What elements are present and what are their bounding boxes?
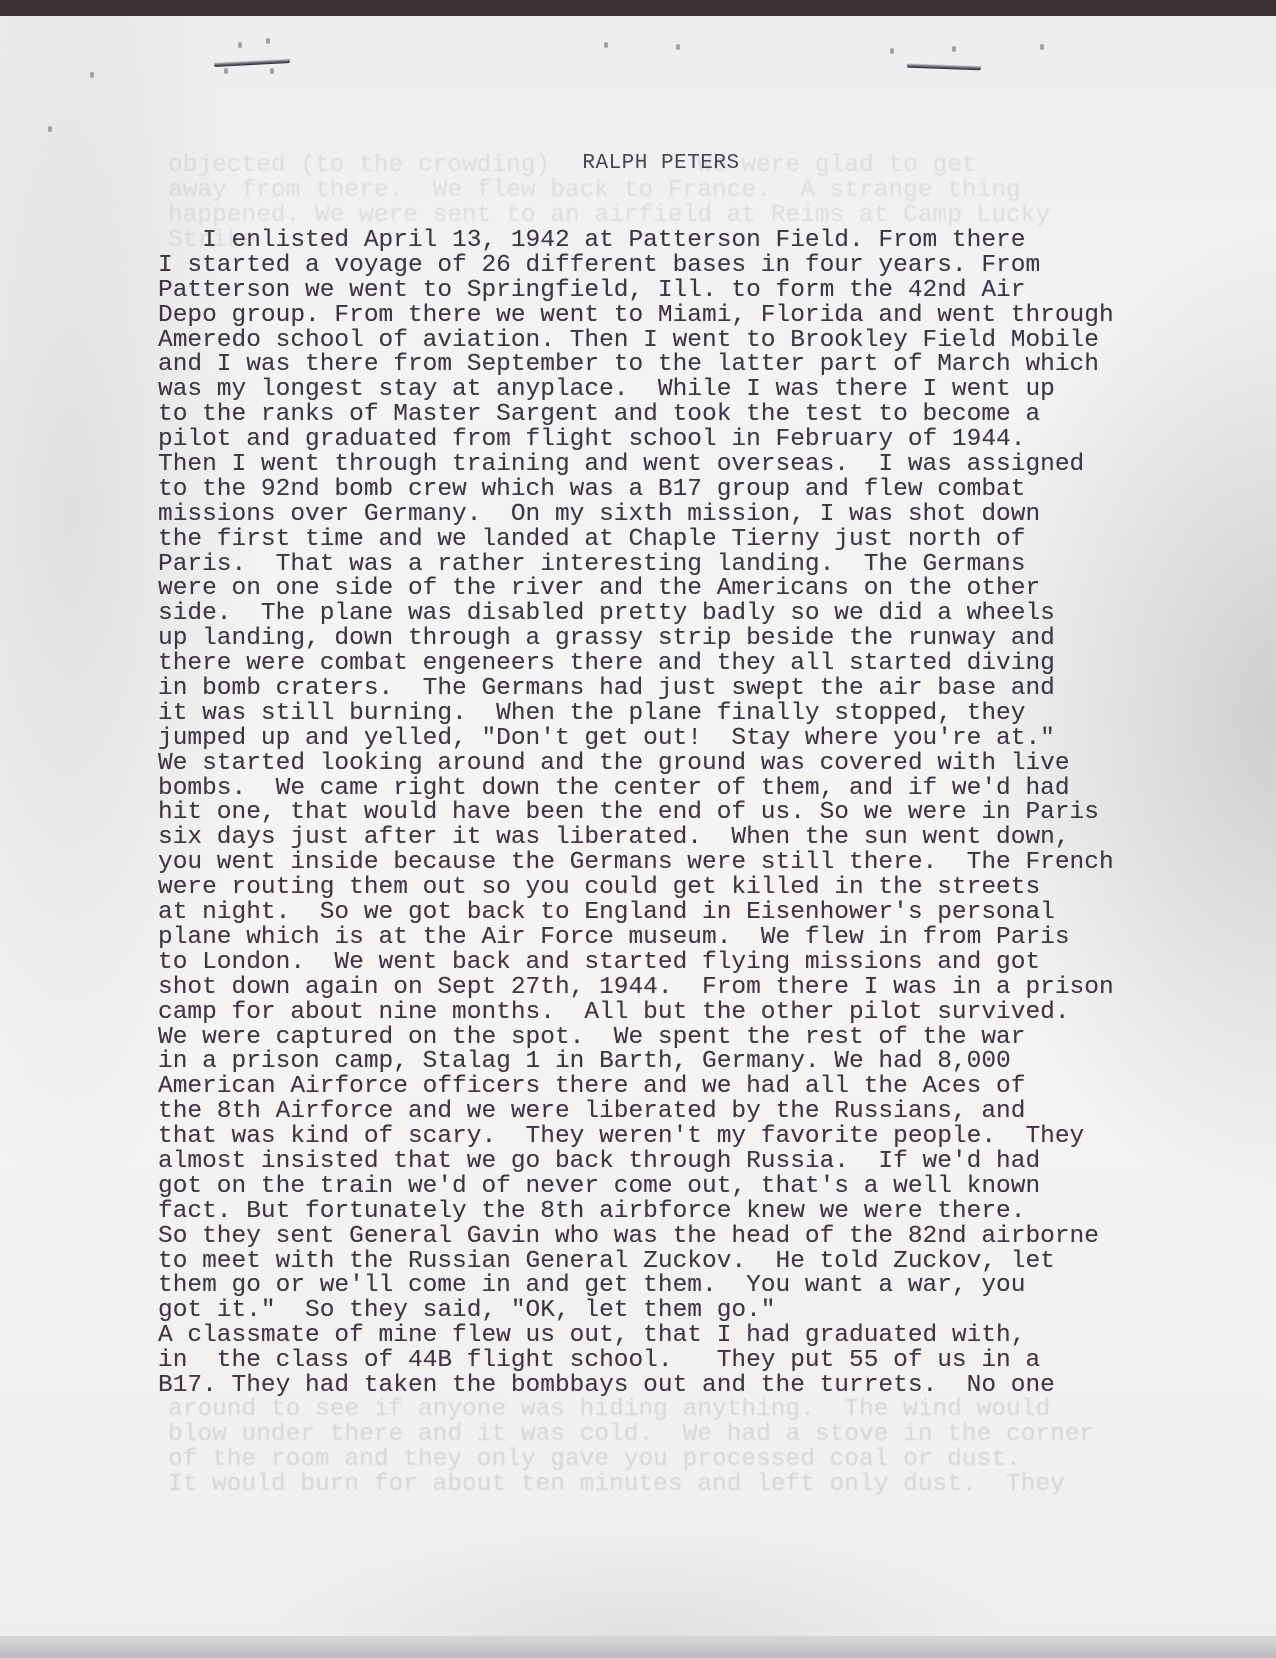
bleed-through-line: happened. We were sent to an airfield at… [168,204,1050,229]
paper-mark [90,72,94,78]
paper-mark [890,48,894,54]
body-line: hit one, that would have been the end of… [158,801,1114,826]
body-line: A classmate of mine flew us out, that I … [158,1324,1114,1349]
body-line: them go or we'll come in and get them. Y… [158,1274,1114,1299]
body-line: there were combat engeneers there and th… [158,652,1114,677]
body-line: to the ranks of Master Sargent and took … [158,403,1114,428]
body-line: bombs. We came right down the center of … [158,777,1114,802]
bleed-through-line: around to see if anyone was hiding anyth… [168,1398,1094,1423]
bleed-through-text-bottom: around to see if anyone was hiding anyth… [168,1398,1094,1498]
body-line: We started looking around and the ground… [158,752,1114,777]
page-bottom-edge [0,1636,1276,1658]
body-line: the 8th Airforce and we were liberated b… [158,1100,1114,1125]
paper-mark [270,68,274,74]
body-line: it was still burning. When the plane fin… [158,702,1114,727]
body-line: to the 92nd bomb crew which was a B17 gr… [158,478,1114,503]
body-line: was my longest stay at anyplace. While I… [158,378,1114,403]
body-line: you went inside because the Germans were… [158,851,1114,876]
body-line: six days just after it was liberated. Wh… [158,826,1114,851]
paper-mark [238,42,242,48]
body-line: up landing, down through a grassy strip … [158,627,1114,652]
body-line: shot down again on Sept 27th, 1944. From… [158,976,1114,1001]
body-line: camp for about nine months. All but the … [158,1001,1114,1026]
body-line: got it." So they said, "OK, let them go.… [158,1299,1114,1324]
body-line: I enlisted April 13, 1942 at Patterson F… [158,229,1114,254]
body-line: at night. So we got back to England in E… [158,901,1114,926]
paper-mark [604,42,608,48]
body-line: So they sent General Gavin who was the h… [158,1225,1114,1250]
paper-mark [266,38,270,44]
body-line: Then I went through training and went ov… [158,453,1114,478]
bleed-through-line: blow under there and it was cold. We had… [168,1423,1094,1448]
body-line: Ameredo school of aviation. Then I went … [158,329,1114,354]
body-line: side. The plane was disabled pretty badl… [158,602,1114,627]
body-line: plane which is at the Air Force museum. … [158,926,1114,951]
body-line: got on the train we'd of never come out,… [158,1175,1114,1200]
body-line: Paris. That was a rather interesting lan… [158,553,1114,578]
document-body: I enlisted April 13, 1942 at Patterson F… [158,229,1114,1399]
bleed-through-line: of the room and they only gave you proce… [168,1448,1094,1473]
body-line: American Airforce officers there and we … [158,1075,1114,1100]
document-title: RALPH PETERS [0,152,1276,175]
body-line: B17. They had taken the bombbays out and… [158,1374,1114,1399]
body-line: were on one side of the river and the Am… [158,577,1114,602]
bleed-through-line: away from there. We flew back to France.… [168,179,1050,204]
paper-mark [676,44,680,50]
body-line: fact. But fortunately the 8th airbforce … [158,1200,1114,1225]
paper-mark [952,46,956,52]
body-line: and I was there from September to the la… [158,353,1114,378]
body-line: that was kind of scary. They weren't my … [158,1125,1114,1150]
body-line: to meet with the Russian General Zuckov.… [158,1250,1114,1275]
body-line: the first time and we landed at Chaple T… [158,528,1114,553]
paper-mark [48,126,52,132]
paper-mark [1040,44,1044,50]
staple-mark-left [214,58,290,67]
body-line: were routing them out so you could get k… [158,876,1114,901]
body-line: in the class of 44B flight school. They … [158,1349,1114,1374]
body-line: almost insisted that we go back through … [158,1150,1114,1175]
body-line: missions over Germany. On my sixth missi… [158,503,1114,528]
staple-mark-right [907,63,981,71]
bleed-through-line: It would burn for about ten minutes and … [168,1473,1094,1498]
body-line: We were captured on the spot. We spent t… [158,1026,1114,1051]
body-line: Patterson we went to Springfield, Ill. t… [158,279,1114,304]
body-line: in bomb craters. The Germans had just sw… [158,677,1114,702]
body-line: in a prison camp, Stalag 1 in Barth, Ger… [158,1050,1114,1075]
paper-mark [224,68,228,74]
body-line: pilot and graduated from flight school i… [158,428,1114,453]
body-line: Depo group. From there we went to Miami,… [158,304,1114,329]
body-line: I started a voyage of 26 different bases… [158,254,1114,279]
body-line: jumped up and yelled, "Don't get out! St… [158,727,1114,752]
body-line: to London. We went back and started flyi… [158,951,1114,976]
